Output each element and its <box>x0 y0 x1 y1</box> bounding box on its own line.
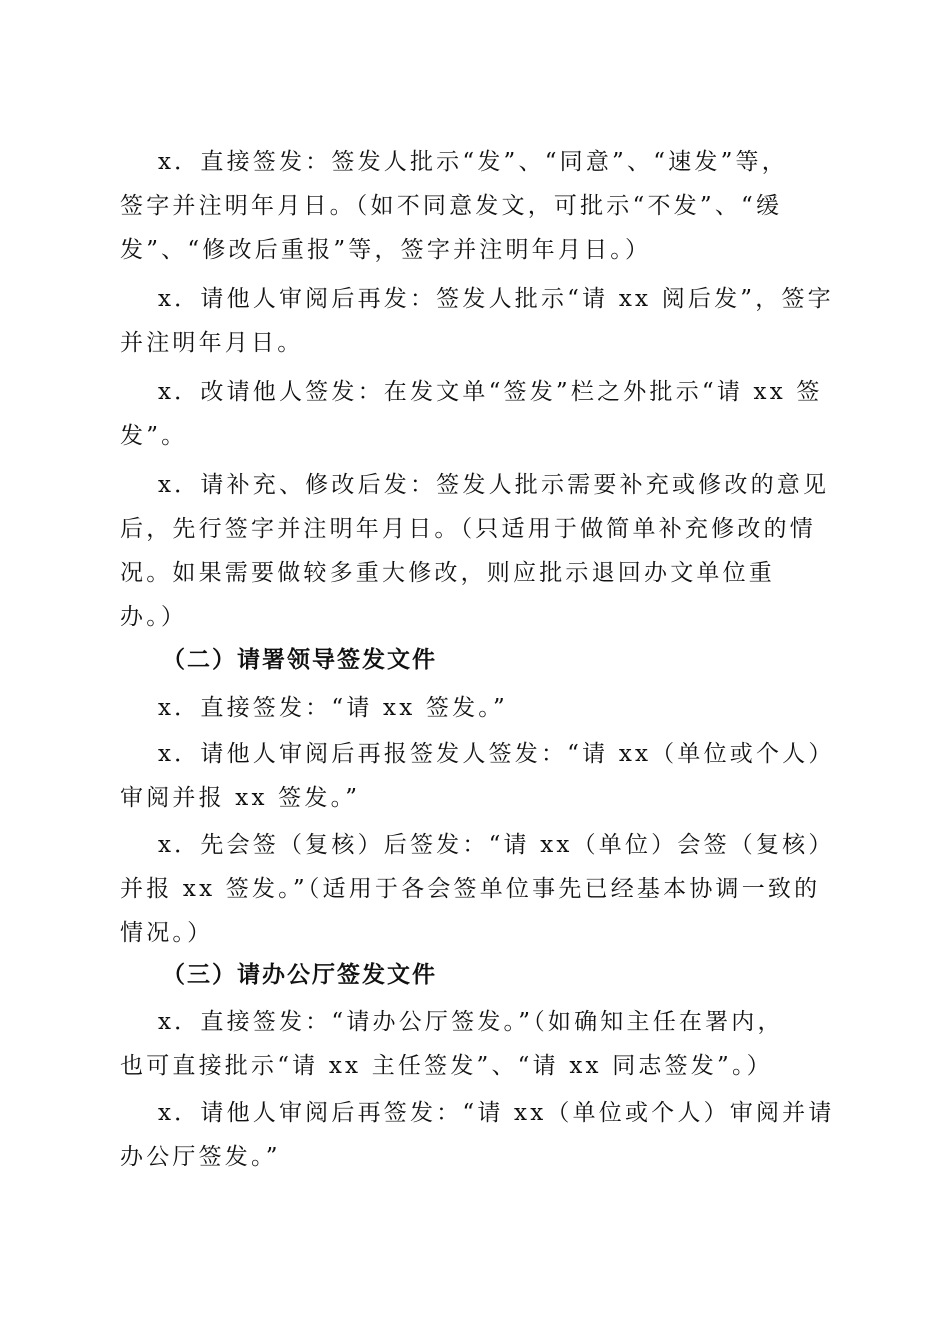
paragraph-line: 审阅并报 xx 签发。” <box>120 776 360 820</box>
paragraph-line: 办。） <box>120 595 187 639</box>
paragraph-line: x．直接签发：签发人批示“发”、“同意”、“速发”等， <box>158 140 788 184</box>
paragraph-line: 也可直接批示“请 xx 主任签发”、“请 xx 同志签发”。） <box>120 1044 773 1088</box>
paragraph-line: x．直接签发：“请办公厅签发。”（如确知主任在署内， <box>158 1000 784 1044</box>
section-heading-3: （三）请办公厅签发文件 <box>162 953 437 997</box>
paragraph-line: x．先会签（复核）后签发：“请 xx（单位）会签（复核） <box>158 823 835 867</box>
paragraph-line: x．请他人审阅后再发：签发人批示“请 xx 阅后发”，签字 <box>158 277 834 321</box>
section-heading-2: （二）请署领导签发文件 <box>162 638 437 682</box>
paragraph-line: 发”。 <box>120 414 187 458</box>
paragraph-line: 发”、“修改后重报”等，签字并注明年月日。） <box>120 228 651 272</box>
paragraph-line: x．请他人审阅后再报签发人签发：“请 xx（单位或个人） <box>158 732 835 776</box>
paragraph-line: 情况。） <box>120 911 213 955</box>
paragraph-line: 后，先行签字并注明年月日。（只适用于做简单补充修改的情 <box>120 507 816 551</box>
paragraph-line: x．请补充、修改后发：签发人批示需要补充或修改的意见 <box>158 463 829 507</box>
paragraph-line: 况。如果需要做较多重大修改，则应批示退回办文单位重 <box>120 551 775 595</box>
paragraph-line: x．直接签发：“请 xx 签发。” <box>158 686 508 730</box>
paragraph-line: 办公厅签发。” <box>120 1135 281 1179</box>
paragraph-line: 并报 xx 签发。”（适用于各会签单位事先已经基本协调一致的 <box>120 867 820 911</box>
paragraph-line: 签字并注明年月日。（如不同意发文，可批示“不发”、“缓 <box>120 184 782 228</box>
paragraph-line: 并注明年月日。 <box>120 321 303 365</box>
paragraph-line: x．改请他人签发：在发文单“签发”栏之外批示“请 xx 签 <box>158 370 823 414</box>
paragraph-line: x．请他人审阅后再签发：“请 xx（单位或个人）审阅并请 <box>158 1091 835 1135</box>
